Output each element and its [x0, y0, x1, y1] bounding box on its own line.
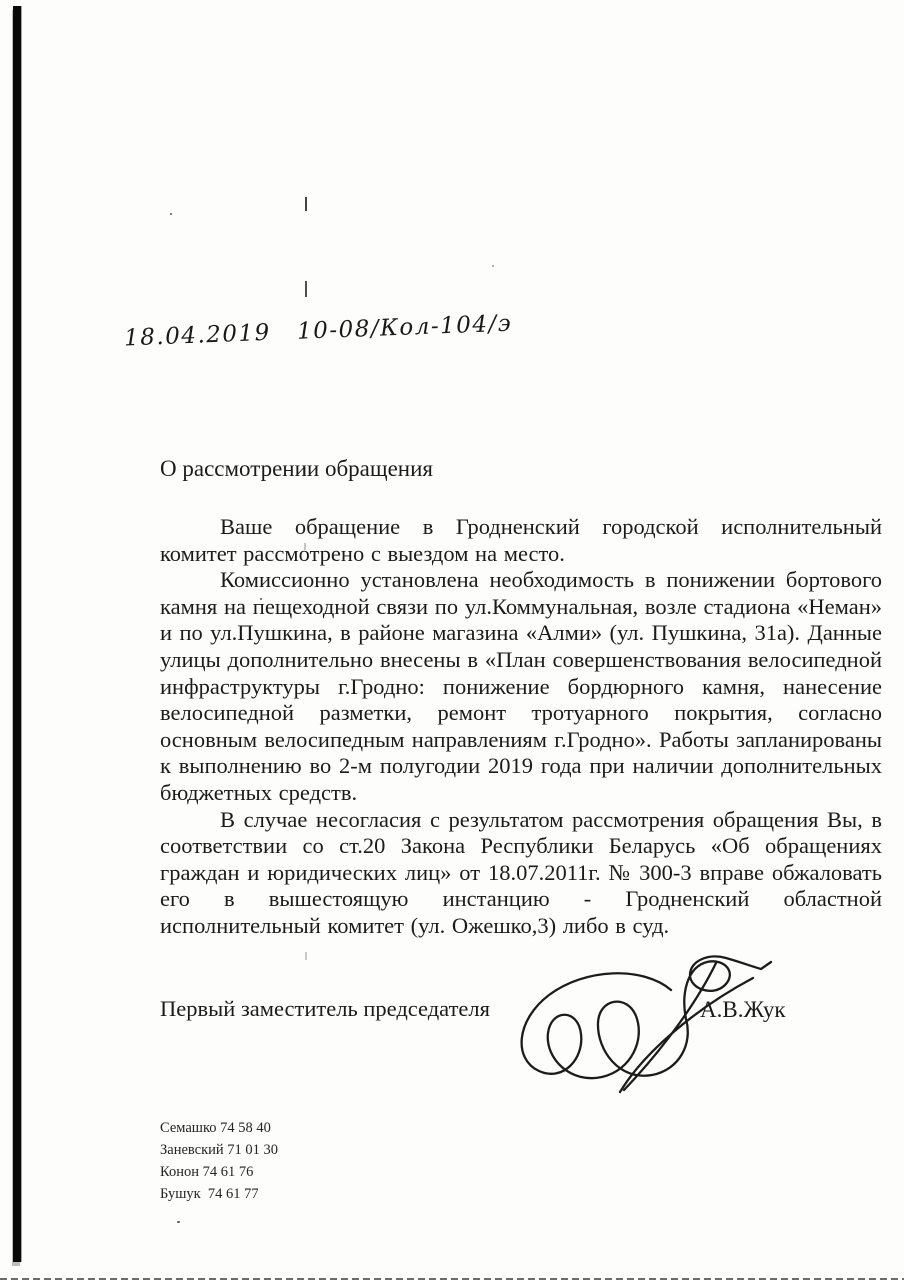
letter-subject: О рассмотрении обращения: [160, 456, 433, 482]
contact-line: Заневский 71 01 30: [160, 1139, 278, 1161]
scan-edge-bar: [13, 6, 21, 1262]
contact-line: Конон 74 61 76: [160, 1161, 278, 1183]
letter-paragraph: Комиссионно установлена необходимость в …: [160, 567, 882, 806]
letter-paragraph: В случае несогласия с результатом рассмо…: [160, 807, 882, 940]
scanned-letter-page: 18.04.2019 10-08/Кол-104/э О рассмотрени…: [0, 0, 904, 1280]
scan-fold-mark: [305, 281, 307, 297]
signer-name: А.В.Жук: [700, 997, 786, 1023]
scan-fold-mark: [305, 952, 307, 960]
letter-paragraph: Ваше обращение в Гродненский городской и…: [160, 514, 882, 567]
contact-list: Семашко 74 58 40 Заневский 71 01 30 Коно…: [160, 1117, 278, 1205]
letter-body: Ваше обращение в Гродненский городской и…: [160, 514, 882, 940]
scan-speck: [177, 1221, 180, 1223]
handwritten-registration-note: 18.04.2019 10-08/Кол-104/э: [124, 311, 513, 352]
scan-speck: [492, 265, 494, 267]
contact-line: Бушук 74 61 77: [160, 1183, 278, 1205]
signer-position-title: Первый заместитель председателя: [160, 996, 490, 1022]
signature-scribble-icon: [503, 938, 803, 1108]
contact-line: Семашко 74 58 40: [160, 1117, 278, 1139]
scan-fold-mark: [305, 197, 307, 211]
scan-speck: [170, 213, 172, 215]
